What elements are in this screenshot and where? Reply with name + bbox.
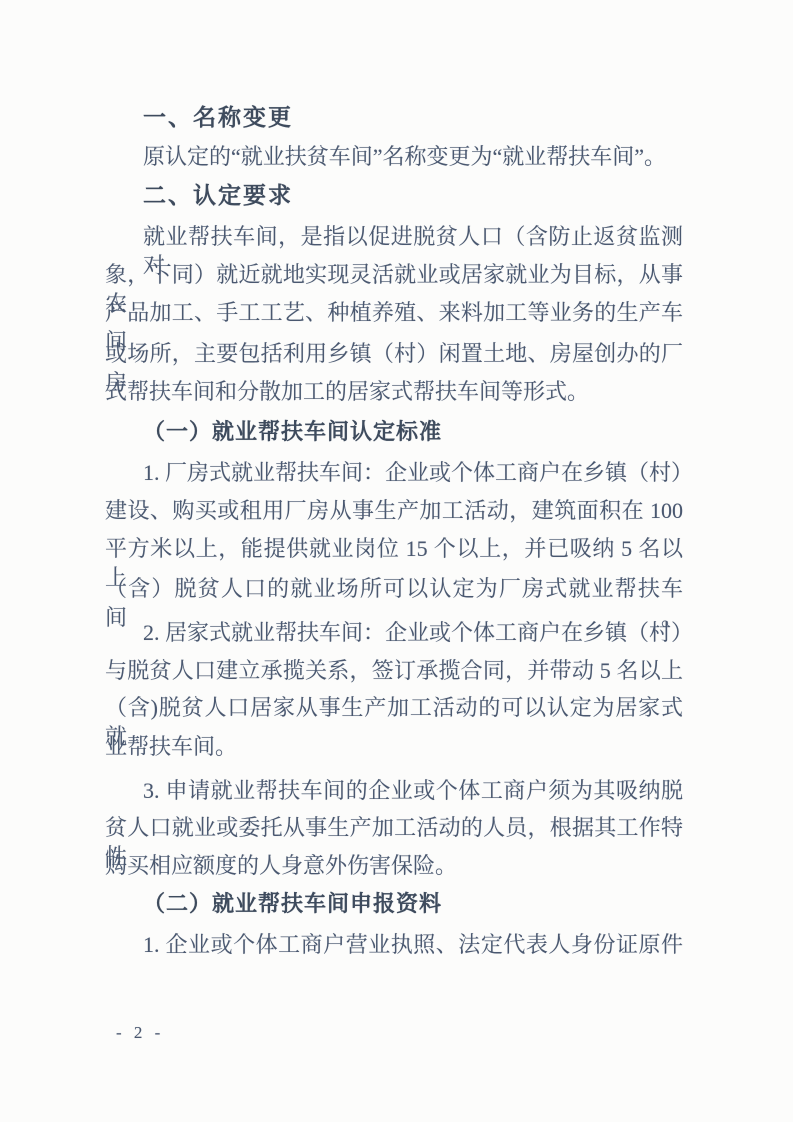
paragraph-line: 原认定的“就业扶贫车间”名称变更为“就业帮扶车间”。 [105, 142, 683, 171]
paragraph-line: 1. 企业或个体工商户营业执照、法定代表人身份证原件 [105, 930, 683, 959]
subsection-heading-application-materials: （二）就业帮扶车间申报资料 [105, 889, 683, 918]
section-heading-name-change: 一、名称变更 [105, 103, 683, 132]
paragraph-line: 1. 厂房式就业帮扶车间：企业或个体工商户在乡镇（村） [105, 458, 683, 487]
paragraph-line: 2. 居家式就业帮扶车间：企业或个体工商户在乡镇（村） [105, 618, 683, 647]
section-heading-requirements: 二、认定要求 [105, 181, 683, 210]
subsection-heading-criteria: （一）就业帮扶车间认定标准 [105, 417, 683, 446]
paragraph-line: 业帮扶车间。 [105, 732, 683, 761]
paragraph-line: 购买相应额度的人身意外伤害保险。 [105, 851, 683, 880]
paragraph-line: 与脱贫人口建立承揽关系，签订承揽合同，并带动 5 名以上 [105, 656, 683, 685]
page-number: - 2 - [116, 1023, 164, 1043]
document-page: 一、名称变更 原认定的“就业扶贫车间”名称变更为“就业帮扶车间”。 二、认定要求… [0, 0, 793, 1122]
paragraph-line: 建设、购买或租用厂房从事生产加工活动，建筑面积在 100 [105, 496, 683, 525]
paragraph-line: 式帮扶车间和分散加工的居家式帮扶车间等形式。 [105, 377, 683, 406]
paragraph-line: 3. 申请就业帮扶车间的企业或个体工商户须为其吸纳脱 [105, 776, 683, 805]
